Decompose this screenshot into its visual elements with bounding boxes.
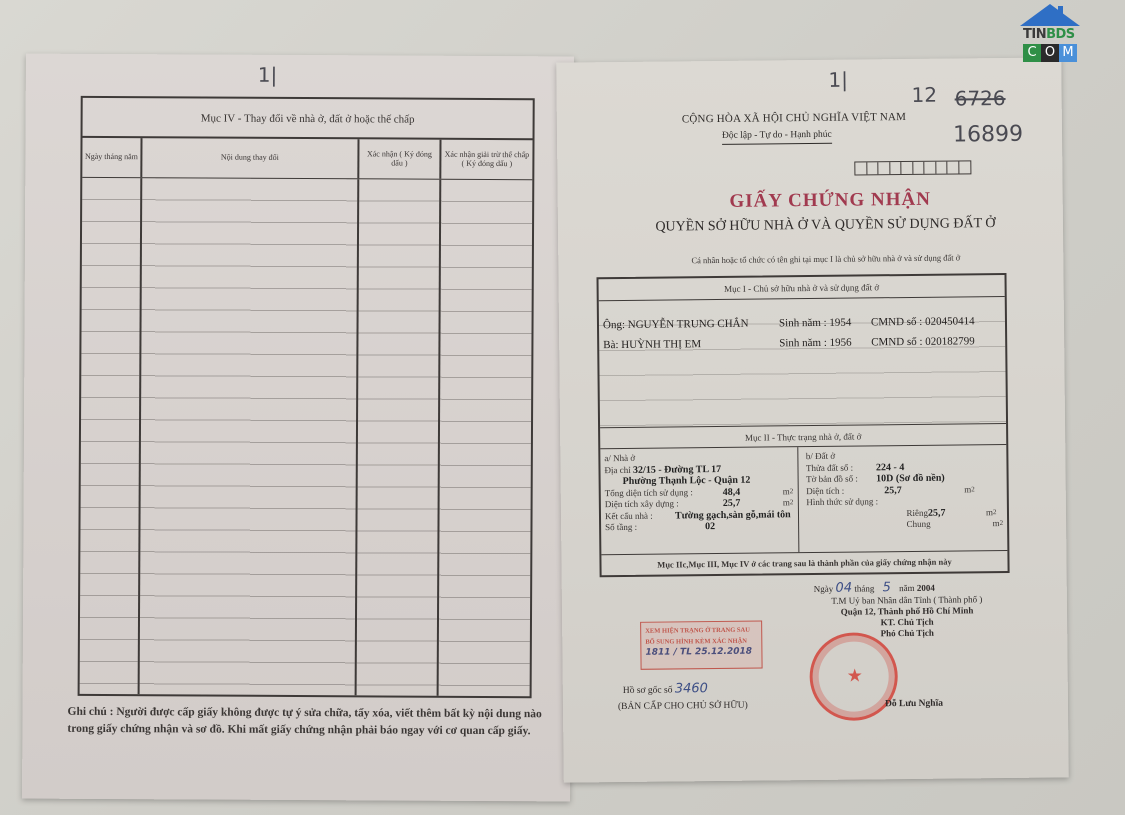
copy-for-owner: (BẢN CẤP CHO CHỦ SỞ HỮU) <box>618 701 748 712</box>
day-value: 04 <box>835 581 852 596</box>
logo-bds: BDS <box>1046 27 1075 42</box>
certificate-subtitle: QUYỀN SỞ HỮU NHÀ Ở VÀ QUYỀN SỬ DỤNG ĐẤT … <box>558 215 1063 236</box>
day-label: Ngày <box>814 584 834 594</box>
tinbds-logo: TINBDS C O M <box>1020 4 1080 64</box>
column-mortgage-release: Xác nhận giải trừ thế chấp ( Ký đóng dấu… <box>441 140 532 179</box>
column-content: Nội dung thay đổi <box>142 138 359 178</box>
structure-label: Kết cấu nhà : <box>605 510 675 522</box>
land-area-value: 25,7 <box>884 484 964 496</box>
red-rectangle-stamp: XEM HIỆN TRẠNG Ở TRANG SAU BỔ SUNG HÌNH … <box>640 621 762 670</box>
handwritten-mark: 1| <box>258 63 278 87</box>
floors-value: 02 <box>705 521 715 533</box>
section-iv-title: Mục IV - Thay đổi về nhà ở, đất ở hoặc t… <box>83 98 533 140</box>
year-label: năm <box>899 583 915 593</box>
table-col-confirm <box>357 179 442 695</box>
table-col-mortgage <box>439 180 533 696</box>
owner-id: CMND số : 020450414 <box>871 315 1001 328</box>
parcel-value: 224 - 4 <box>876 462 904 474</box>
parcel-label: Thửa đất số : <box>806 462 876 474</box>
certificate-title: GIẤY CHỨNG NHẬN <box>558 187 1063 214</box>
map-value: 10D (Sơ đồ nền) <box>876 473 945 485</box>
private-value: 25,7 <box>928 507 986 519</box>
built-area-value: 25,7 <box>723 497 783 509</box>
land-area-label: Diện tích : <box>806 485 884 497</box>
address-line1: 32/15 - Đường TL 17 <box>633 463 721 475</box>
column-date: Ngày tháng năm <box>82 138 142 177</box>
shared-label: Chung <box>907 518 993 530</box>
issue-date: Ngày 04 tháng 5 năm 2004 <box>814 580 935 596</box>
changes-table: Mục IV - Thay đổi về nhà ở, đất ở hoặc t… <box>78 96 535 698</box>
left-page: 1| Mục IV - Thay đổi về nhà ở, đất ở hoặ… <box>22 54 574 802</box>
month-value: 5 <box>876 580 896 595</box>
star-icon: ★ <box>847 665 863 686</box>
logo-o: O <box>1041 44 1059 62</box>
month-label: tháng <box>854 583 874 593</box>
status-grid: a/ Nhà ở Địa chỉ 32/15 - Đường TL 17 Phư… <box>600 445 1007 555</box>
note-text: Ghi chú : Người được cấp giấy không được… <box>67 704 547 741</box>
handwritten-new-number: 16899 <box>953 122 1023 148</box>
signer-name: Đỗ Lưu Nghĩa <box>885 699 943 710</box>
private-label: Riêng <box>906 507 928 519</box>
signature-block: T.M Uỷ ban Nhân dân Tỉnh ( Thành phố ) Q… <box>797 594 1017 640</box>
dossier-number: Hồ sơ gốc số 3460 <box>623 681 708 697</box>
map-label: Tờ bản đồ số : <box>806 473 876 485</box>
table-body <box>80 178 533 696</box>
logo-tin: TIN <box>1023 27 1046 42</box>
certificate-table: Mục I - Chủ sở hữu nhà ở và sử dụng đất … <box>596 273 1009 577</box>
logo-text-bottom: C O M <box>1023 44 1077 62</box>
handwritten-code: 12 <box>911 83 937 107</box>
stamp-handwritten: 1811 / TL 25.12.2018 <box>645 647 757 659</box>
total-area-value: 48,4 <box>723 486 783 498</box>
house-roof-icon <box>1020 4 1080 26</box>
dossier-label: Hồ sơ gốc số <box>623 685 673 696</box>
address-label: Địa chỉ <box>604 464 630 476</box>
table-header: Ngày tháng năm Nội dung thay đổi Xác nhậ… <box>82 138 532 180</box>
owner-name: Bà: HUỲNH THỊ EM <box>603 337 779 351</box>
handwritten-old-number: 6726 <box>955 86 1006 111</box>
land-info: b/ Đất ở Thửa đất số :224 - 4 Tờ bản đồ … <box>798 445 1012 552</box>
section-footer: Mục IIc,Mục III, Mục IV ở các trang sau … <box>601 551 1007 575</box>
owner-id: CMND số : 020182799 <box>871 335 1001 348</box>
code-boxes <box>854 160 971 175</box>
owner-birth: Sinh năm : 1954 <box>779 316 871 329</box>
owner-birth: Sinh năm : 1956 <box>779 336 871 349</box>
dossier-value: 3460 <box>675 681 708 696</box>
logo-m: M <box>1059 44 1077 62</box>
year-value: 2004 <box>917 583 935 593</box>
table-col-date <box>80 178 143 694</box>
right-page: 1| 12 6726 16899 CỘNG HÒA XÃ HỘI CHỦ NGH… <box>556 57 1069 782</box>
column-confirm: Xác nhận ( Ký đóng dấu ) <box>359 139 441 178</box>
certificate-intro: Cá nhân hoặc tổ chức có tên ghi tại mục … <box>558 251 1063 266</box>
table-col-content <box>140 178 360 695</box>
logo-text-top: TINBDS <box>1023 27 1075 42</box>
motto: Độc lập - Tự do - Hạnh phúc <box>722 130 832 145</box>
house-info: a/ Nhà ở Địa chỉ 32/15 - Đường TL 17 Phư… <box>600 447 799 554</box>
structure-value: Tường gạch,sàn gỗ,mái tôn <box>675 509 791 522</box>
owners-list: Ông: NGUYỄN TRUNG CHẮN Sinh năm : 1954 C… <box>599 297 1006 427</box>
chimney-icon <box>1058 6 1063 16</box>
republic-header: CỘNG HÒA XÃ HỘI CHỦ NGHĨA VIỆT NAM <box>682 111 906 125</box>
handwritten-mark: 1| <box>828 68 848 92</box>
logo-c: C <box>1023 44 1041 62</box>
owner-row: Bà: HUỲNH THỊ EM Sinh năm : 1956 CMND số… <box>603 331 1001 355</box>
owner-name: Ông: NGUYỄN TRUNG CHẮN <box>603 317 779 331</box>
floors-label: Số tầng : <box>605 521 705 534</box>
